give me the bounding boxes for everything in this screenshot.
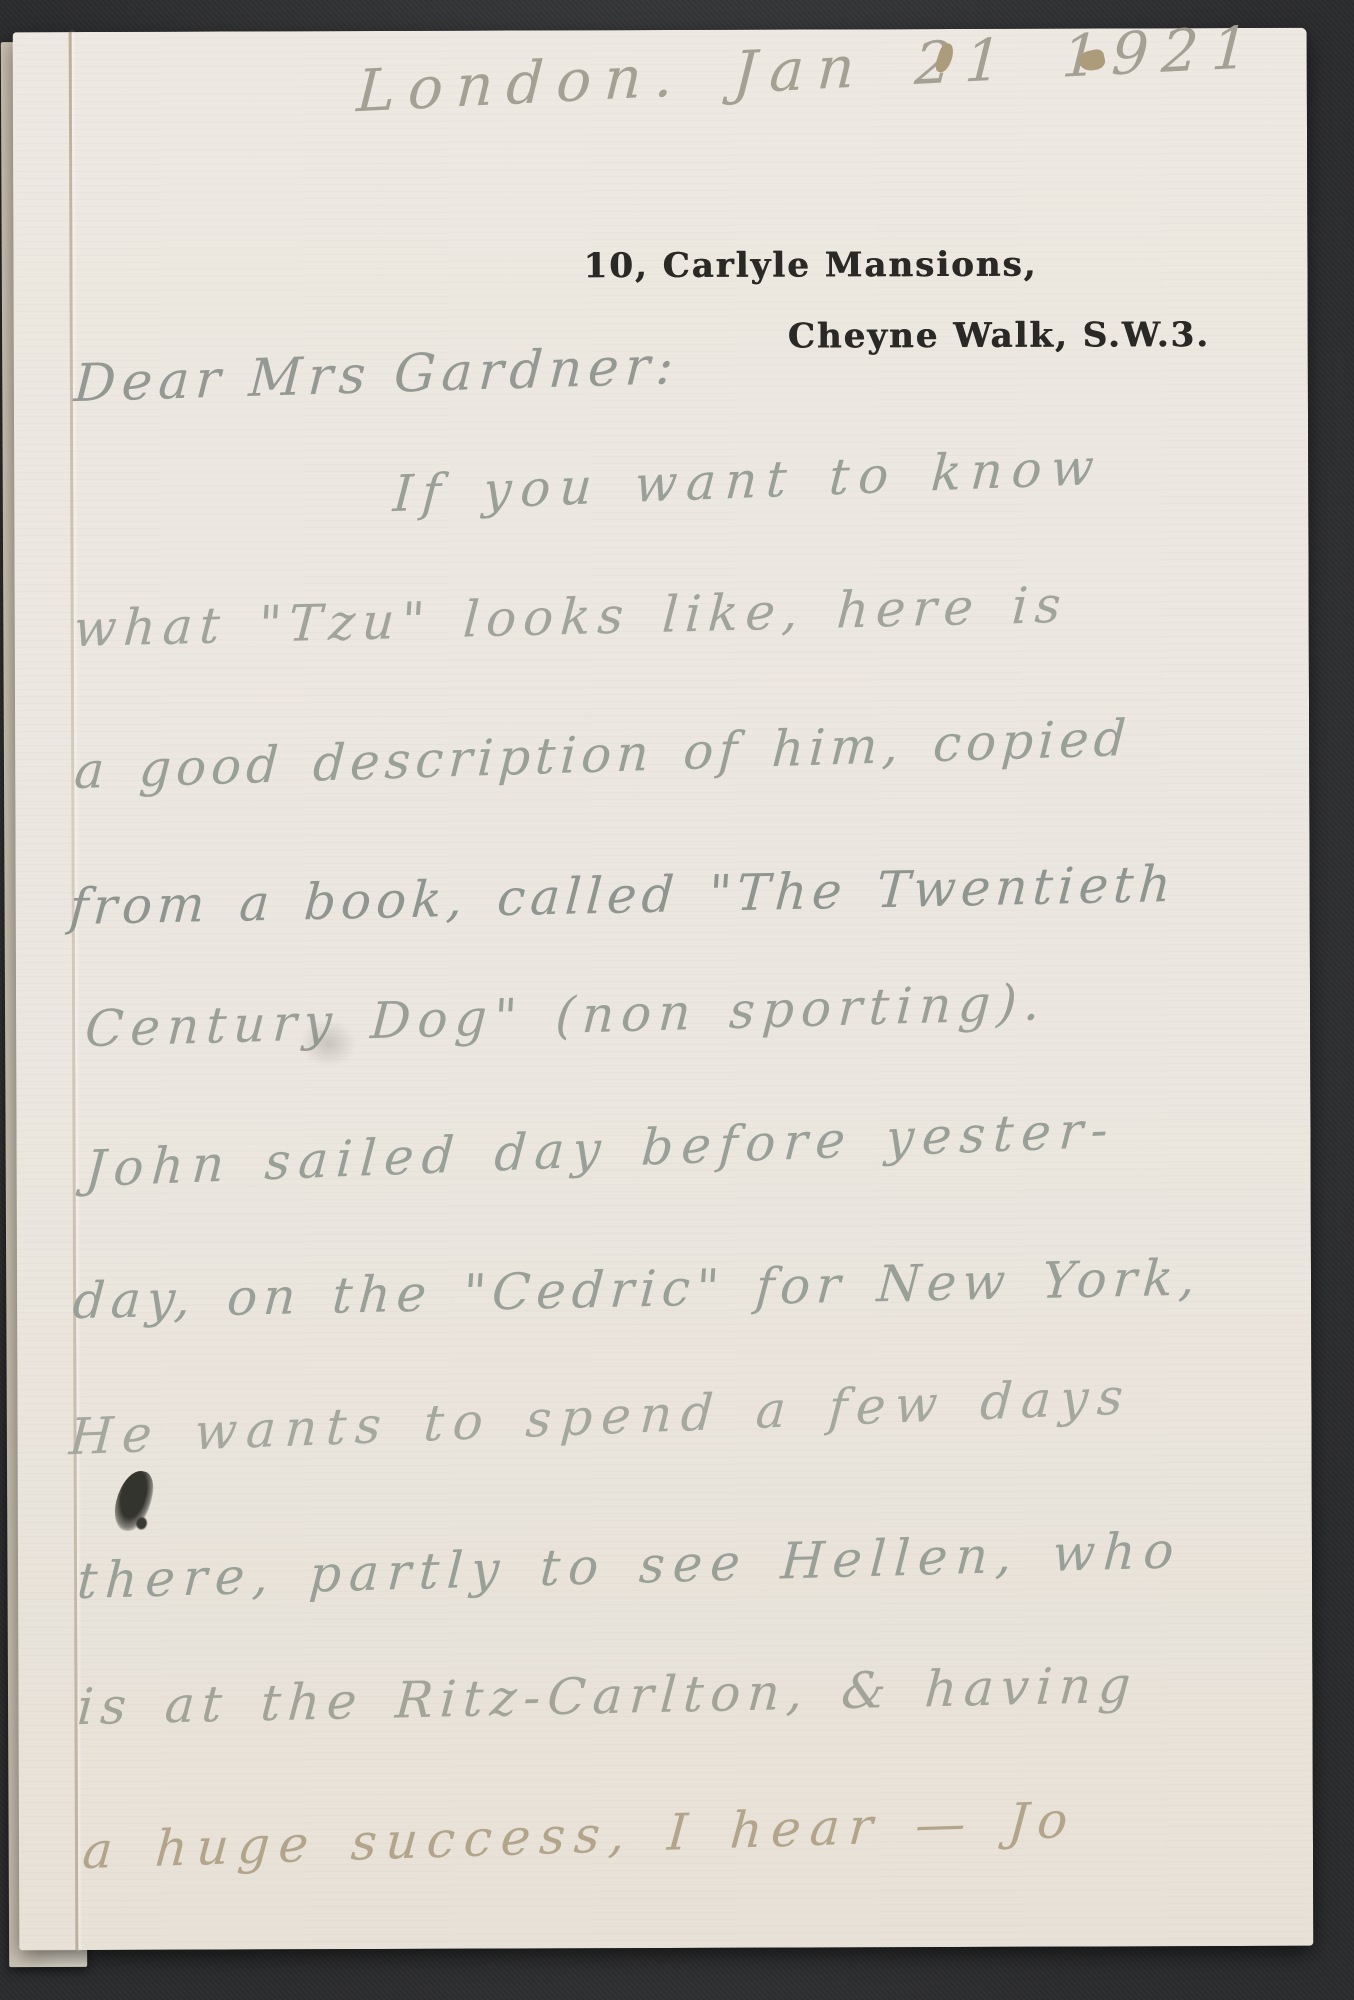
letter-page: London. Jan 21 1921 10, Carlyle Mansions… [13, 28, 1314, 1951]
body-line: from a book, called "The Twentieth [68, 855, 1178, 936]
letterhead-address-line-2: Cheyne Walk, S.W.3. [788, 315, 1210, 356]
body-line: He wants to spend a few days [68, 1367, 1134, 1466]
body-line: day, on the "Cedric" for New York, [71, 1248, 1203, 1330]
handwritten-date: London. Jan 21 1921 [355, 13, 1263, 126]
body-line: a good description of him, copied [73, 709, 1133, 800]
fold-crease [69, 32, 79, 1950]
body-line: there, partly to see Hellen, who [76, 1521, 1184, 1610]
body-line: a huge success, I hear — Jo [81, 1791, 1079, 1880]
letterhead-address-line-1: 10, Carlyle Mansions, [583, 245, 1037, 287]
body-line: what "Tzu" looks like, here is [72, 576, 1069, 658]
body-line: If you want to know [391, 438, 1104, 523]
photo-backdrop: London. Jan 21 1921 10, Carlyle Mansions… [0, 0, 1354, 2000]
ink-blot [110, 1467, 158, 1535]
body-line: Century Dog" (non sporting). [84, 973, 1049, 1058]
body-line: John sailed day before yester- [84, 1100, 1118, 1198]
ink-smudge [300, 1019, 356, 1067]
salutation: Dear Mrs Gardner: [72, 336, 681, 414]
body-line: is at the Ritz-Carlton, & having [76, 1656, 1140, 1736]
